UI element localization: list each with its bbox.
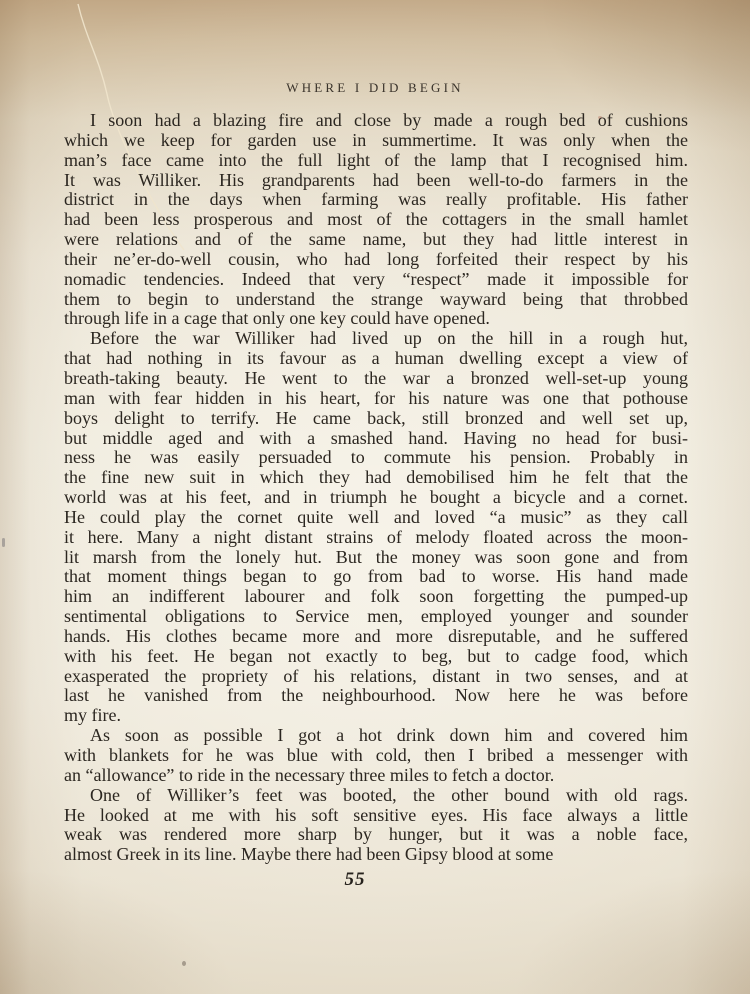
text-line: ness he was easily persuaded to commute … <box>64 448 688 468</box>
text-line: I soon had a blazing fire and close by m… <box>64 111 688 131</box>
text-line: almost Greek in its line. Maybe there ha… <box>64 845 688 865</box>
text-line: As soon as possible I got a hot drink do… <box>64 726 688 746</box>
text-line: He could play the cornet quite well and … <box>64 508 688 528</box>
book-page-scan: WHERE I DID BEGIN I soon had a blazing f… <box>0 0 750 994</box>
paragraph: As soon as possible I got a hot drink do… <box>64 726 688 786</box>
text-line: my fire. <box>64 706 688 726</box>
text-line: were relations and of the same name, but… <box>64 230 688 250</box>
paper-speck <box>2 538 5 547</box>
text-line: last he vanished from the neighbourhood.… <box>64 686 688 706</box>
text-line: with his feet. He began not exactly to b… <box>64 647 688 667</box>
text-line: lit marsh from the lonely hut. But the m… <box>64 548 688 568</box>
text-line: but middle aged and with a smashed hand.… <box>64 429 688 449</box>
text-line: man with fear hidden in his heart, for h… <box>64 389 688 409</box>
text-line: it here. Many a night distant strains of… <box>64 528 688 548</box>
text-line: district in the days when farming was re… <box>64 190 688 210</box>
text-line: exasperated the propriety of his relatio… <box>64 667 688 687</box>
text-line: that moment things began to go from bad … <box>64 567 688 587</box>
body-text: I soon had a blazing fire and close by m… <box>64 111 688 865</box>
text-line: man’s face came into the full light of t… <box>64 151 688 171</box>
page-number: 55 <box>0 869 710 891</box>
text-line: an “allowance” to ride in the necessary … <box>64 766 688 786</box>
text-line: sentimental obligations to Service men, … <box>64 607 688 627</box>
text-line: Before the war Williker had lived up on … <box>64 329 688 349</box>
text-line: that had nothing in its favour as a huma… <box>64 349 688 369</box>
paragraph: I soon had a blazing fire and close by m… <box>64 111 688 329</box>
text-line: hands. His clothes became more and more … <box>64 627 688 647</box>
text-line: their ne’er-do-well cousin, who had long… <box>64 250 688 270</box>
paragraph: Before the war Williker had lived up on … <box>64 329 688 726</box>
paper-speck <box>182 961 186 966</box>
running-header: WHERE I DID BEGIN <box>0 80 750 96</box>
text-line: them to begin to understand the strange … <box>64 290 688 310</box>
text-line: through life in a cage that only one key… <box>64 309 688 329</box>
text-line: had been less prosperous and most of the… <box>64 210 688 230</box>
text-line: with blankets for he was blue with cold,… <box>64 746 688 766</box>
text-line: boys delight to terrify. He came back, s… <box>64 409 688 429</box>
text-line: him an indifferent labourer and folk soo… <box>64 587 688 607</box>
text-line: which we keep for garden use in summerti… <box>64 131 688 151</box>
text-line: breath-taking beauty. He went to the war… <box>64 369 688 389</box>
text-line: He looked at me with his soft sensitive … <box>64 806 688 826</box>
paragraph: One of Williker’s feet was booted, the o… <box>64 786 688 865</box>
text-line: One of Williker’s feet was booted, the o… <box>64 786 688 806</box>
text-line: It was Williker. His grandparents had be… <box>64 171 688 191</box>
text-line: world was at his feet, and in triumph he… <box>64 488 688 508</box>
text-line: the fine new suit in which they had demo… <box>64 468 688 488</box>
text-line: weak was rendered more sharp by hunger, … <box>64 825 688 845</box>
text-line: nomadic tendencies. Indeed that very “re… <box>64 270 688 290</box>
